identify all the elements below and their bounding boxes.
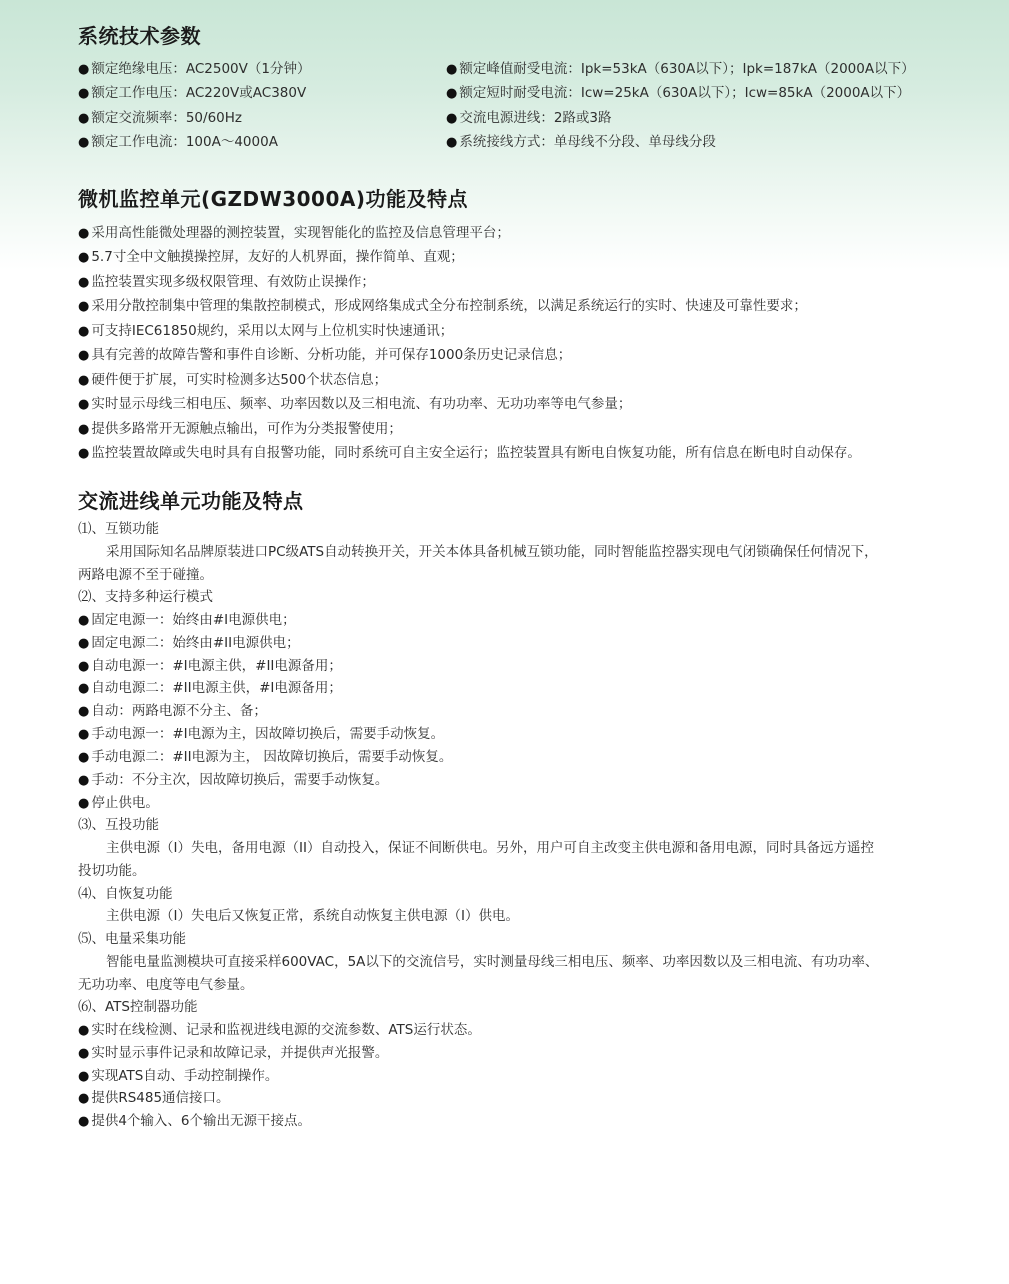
monitor-feature-item: 监控装置实现多级权限管理、有效防止误操作； [78,272,375,293]
mode-item: 自动电源一：#I电源主供，#II电源备用； [78,656,342,677]
monitor-feature-item: 可支持IEC61850规约，采用以太网与上位机实时快速通讯； [78,321,453,342]
mode-item: 停止供电。 [78,793,159,814]
paragraph: 主供电源（I）失电后又恢复正常，系统自动恢复主供电源（I）供电。 [78,906,519,926]
subsection-heading: ⑷、自恢复功能 [78,884,173,904]
paragraph: 投切功能。 [78,861,146,881]
tech-param-item: 额定峰值耐受电流：Ipk=53kA（630A以下）；Ipk=187kA（2000… [446,59,915,80]
tech-param-item: 额定短时耐受电流：Icw=25kA（630A以下）；Icw=85kA（2000A… [446,83,910,104]
paragraph: 两路电源不至于碰撞。 [78,565,213,585]
subsection-heading: ⑸、电量采集功能 [78,929,186,949]
monitor-feature-item: 具有完善的故障告警和事件自诊断、分析功能，并可保存1000条历史记录信息； [78,345,571,366]
mode-item: 固定电源二：始终由#II电源供电； [78,633,300,654]
mode-item: 手动：不分主次，因故障切换后，需要手动恢复。 [78,770,388,791]
monitor-feature-item: 实时显示母线三相电压、频率、功率因数以及三相电流、有功功率、无功功率等电气参量； [78,394,631,415]
monitor-feature-item: 采用高性能微处理器的测控装置，实现智能化的监控及信息管理平台； [78,223,510,244]
mode-item: 自动：两路电源不分主、备； [78,701,267,722]
mode-item: 手动电源二：#II电源为主， 因故障切换后，需要手动恢复。 [78,747,452,768]
section-title-ac-incoming-unit: 交流进线单元功能及特点 [78,485,304,514]
paragraph: 无功功率、电度等电气参量。 [78,975,254,995]
tech-param-item: 额定工作电流：100A～4000A [78,132,278,153]
mode-item: 固定电源一：始终由#I电源供电； [78,610,296,631]
ats-feature-item: 提供4个输入、6个输出无源干接点。 [78,1111,311,1132]
subsection-heading: ⑶、互投功能 [78,815,159,835]
paragraph: 采用国际知名品牌原装进口PC级ATS自动转换开关，开关本体具备机械互锁功能，同时… [78,542,878,562]
subsection-heading: ⑴、互锁功能 [78,519,159,539]
section-title-monitor-unit: 微机监控单元(GZDW3000A)功能及特点 [78,183,468,212]
mode-item: 自动电源二：#II电源主供，#I电源备用； [78,678,342,699]
paragraph: 智能电量监测模块可直接采样600VAC，5A以下的交流信号，实时测量母线三相电压… [78,952,878,972]
tech-param-item: 额定工作电压：AC220V或AC380V [78,83,306,104]
monitor-feature-item: 监控装置故障或失电时具有自报警功能，同时系统可自主安全运行；监控装置具有断电自恢… [78,443,861,464]
ats-feature-item: 实时显示事件记录和故障记录，并提供声光报警。 [78,1043,388,1064]
tech-param-item: 额定绝缘电压：AC2500V（1分钟） [78,59,310,80]
tech-param-item: 交流电源进线：2路或3路 [446,108,612,129]
monitor-feature-item: 硬件便于扩展，可实时检测多达500个状态信息； [78,370,387,391]
tech-param-item: 系统接线方式：单母线不分段、单母线分段 [446,132,716,153]
ats-feature-item: 提供RS485通信接口。 [78,1088,230,1109]
ats-feature-item: 实现ATS自动、手动控制操作。 [78,1066,278,1087]
paragraph: 主供电源（I）失电，备用电源（II）自动投入，保证不间断供电。另外，用户可自主改… [78,838,874,858]
subsection-heading: ⑹、ATS控制器功能 [78,997,198,1017]
ats-feature-item: 实时在线检测、记录和监视进线电源的交流参数、ATS运行状态。 [78,1020,481,1041]
section-title-tech-params: 系统技术参数 [78,20,201,49]
tech-param-item: 额定交流频率：50/60Hz [78,108,242,129]
mode-item: 手动电源一：#I电源为主，因故障切换后，需要手动恢复。 [78,724,444,745]
monitor-feature-item: 提供多路常开无源触点输出，可作为分类报警使用； [78,419,402,440]
monitor-feature-item: 5.7寸全中文触摸操控屏，友好的人机界面，操作简单、直观； [78,247,464,268]
monitor-feature-item: 采用分散控制集中管理的集散控制模式，形成网络集成式全分布控制系统，以满足系统运行… [78,296,807,317]
subsection-heading: ⑵、支持多种运行模式 [78,587,213,607]
